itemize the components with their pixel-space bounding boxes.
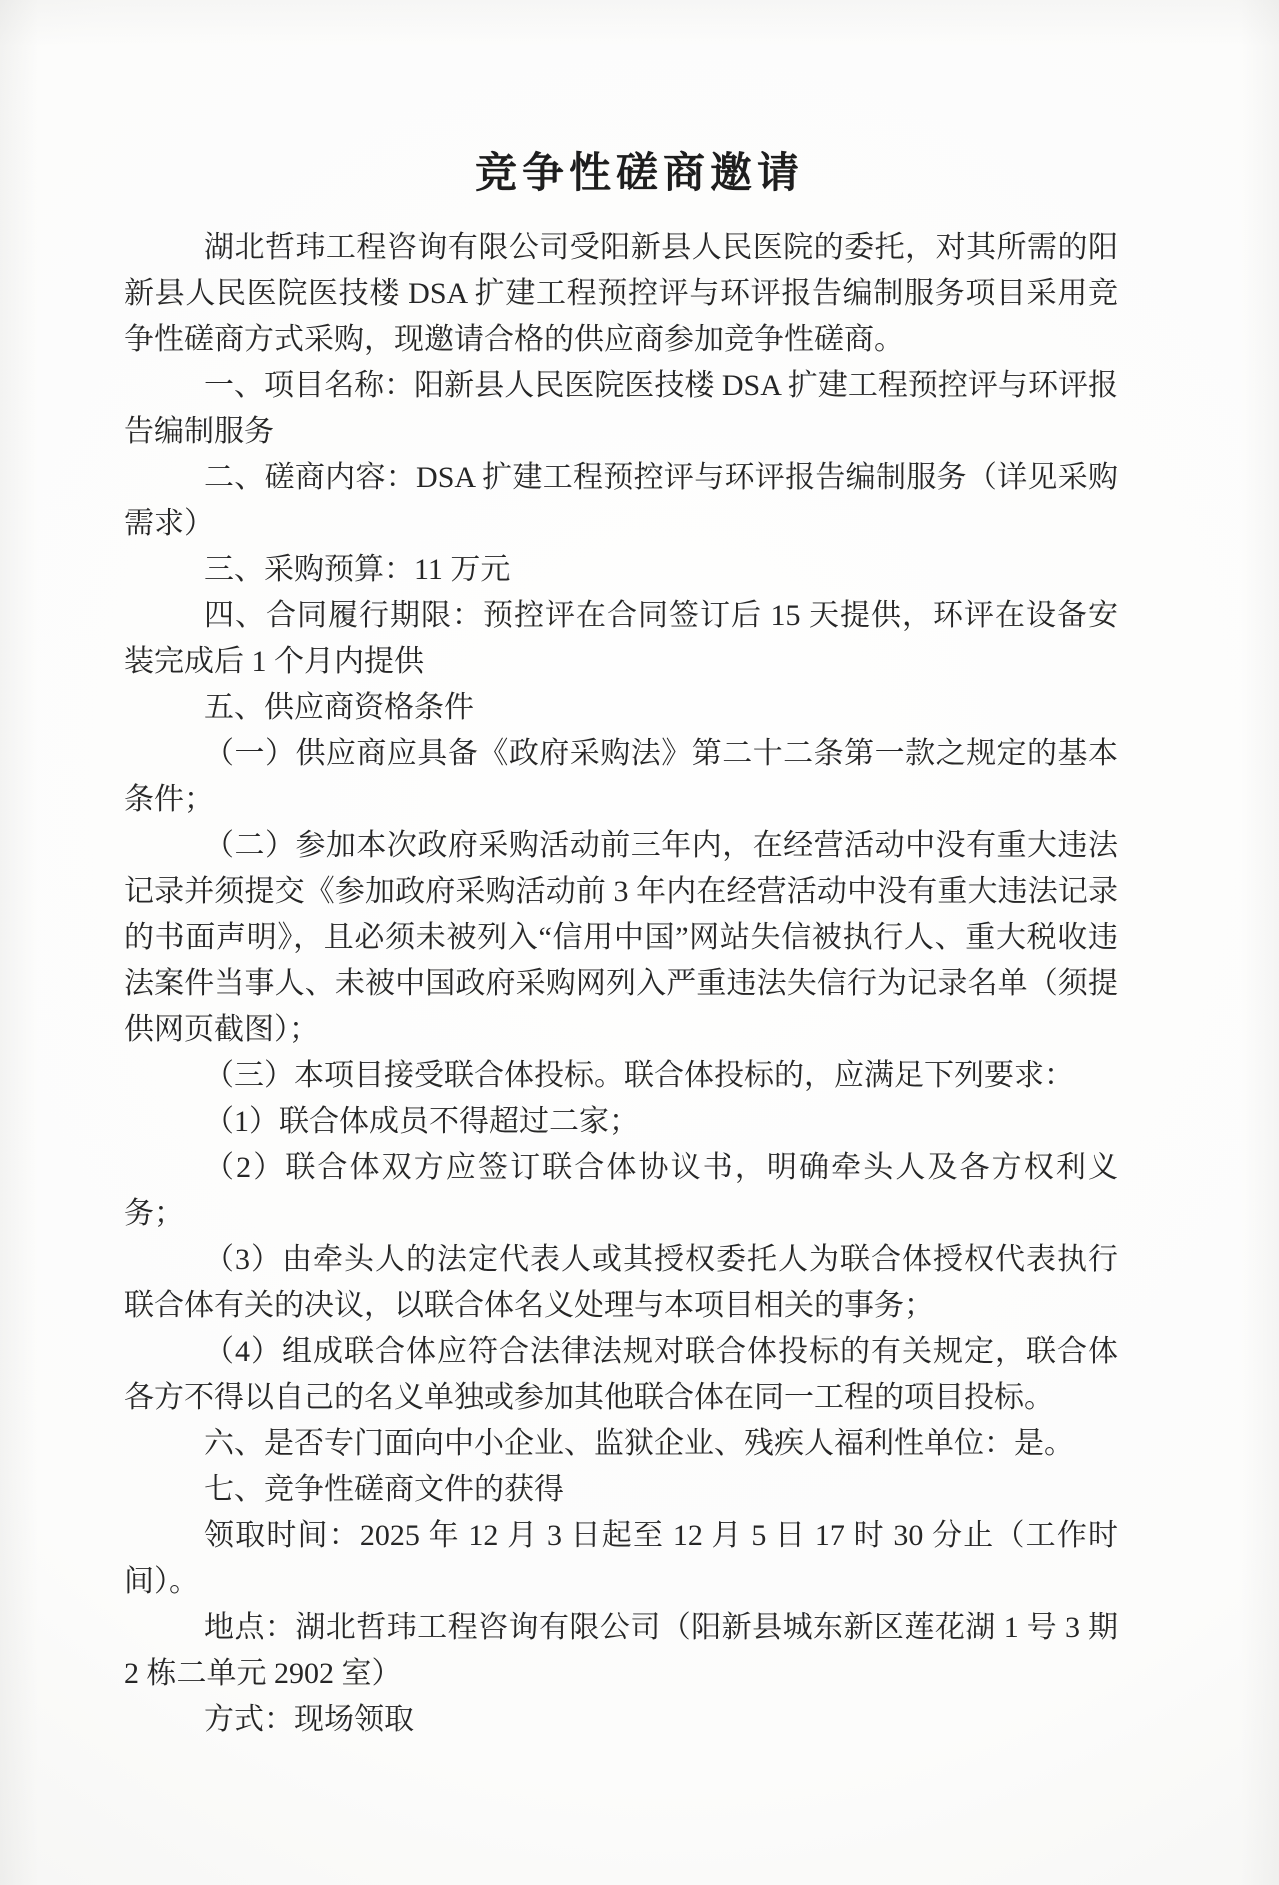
paragraph: （三）本项目接受联合体投标。联合体投标的，应满足下列要求： xyxy=(124,1053,1118,1099)
paragraph: 一、项目名称：阳新县人民医院医技楼 DSA 扩建工程预控评与环评报告编制服务 xyxy=(124,363,1118,455)
document-title: 竞争性磋商邀请 xyxy=(0,0,1279,198)
paragraph: （3）由牵头人的法定代表人或其授权委托人为联合体授权代表执行联合体有关的决议，以… xyxy=(124,1237,1118,1329)
paragraph: 四、合同履行期限：预控评在合同签订后 15 天提供，环评在设备安装完成后 1 个… xyxy=(124,593,1118,685)
paragraph: 领取时间：2025 年 12 月 3 日起至 12 月 5 日 17 时 30 … xyxy=(124,1513,1118,1605)
paragraph: 五、供应商资格条件 xyxy=(124,685,1118,731)
paragraph: 地点：湖北哲玮工程咨询有限公司（阳新县城东新区莲花湖 1 号 3 期 2 栋二单… xyxy=(124,1605,1118,1697)
paragraph: （4）组成联合体应符合法律法规对联合体投标的有关规定，联合体各方不得以自己的名义… xyxy=(124,1329,1118,1421)
paragraph: 二、磋商内容：DSA 扩建工程预控评与环评报告编制服务（详见采购需求） xyxy=(124,455,1118,547)
paragraph: 方式：现场领取 xyxy=(124,1697,1118,1743)
paragraph: （二）参加本次政府采购活动前三年内，在经营活动中没有重大违法记录并须提交《参加政… xyxy=(124,823,1118,1053)
paragraph: 七、竞争性磋商文件的获得 xyxy=(124,1467,1118,1513)
paragraph: （2）联合体双方应签订联合体协议书，明确牵头人及各方权利义务； xyxy=(124,1145,1118,1237)
paragraph: （一）供应商应具备《政府采购法》第二十二条第一款之规定的基本条件； xyxy=(124,731,1118,823)
paragraph: 三、采购预算：11 万元 xyxy=(124,547,1118,593)
paragraph: （1）联合体成员不得超过二家； xyxy=(124,1099,1118,1145)
paragraph: 六、是否专门面向中小企业、监狱企业、残疾人福利性单位：是。 xyxy=(124,1421,1118,1467)
document-page: 竞争性磋商邀请 湖北哲玮工程咨询有限公司受阳新县人民医院的委托，对其所需的阳新县… xyxy=(0,0,1279,1885)
document-body: 湖北哲玮工程咨询有限公司受阳新县人民医院的委托，对其所需的阳新县人民医院医技楼 … xyxy=(124,225,1118,1743)
paragraph: 湖北哲玮工程咨询有限公司受阳新县人民医院的委托，对其所需的阳新县人民医院医技楼 … xyxy=(124,225,1118,363)
